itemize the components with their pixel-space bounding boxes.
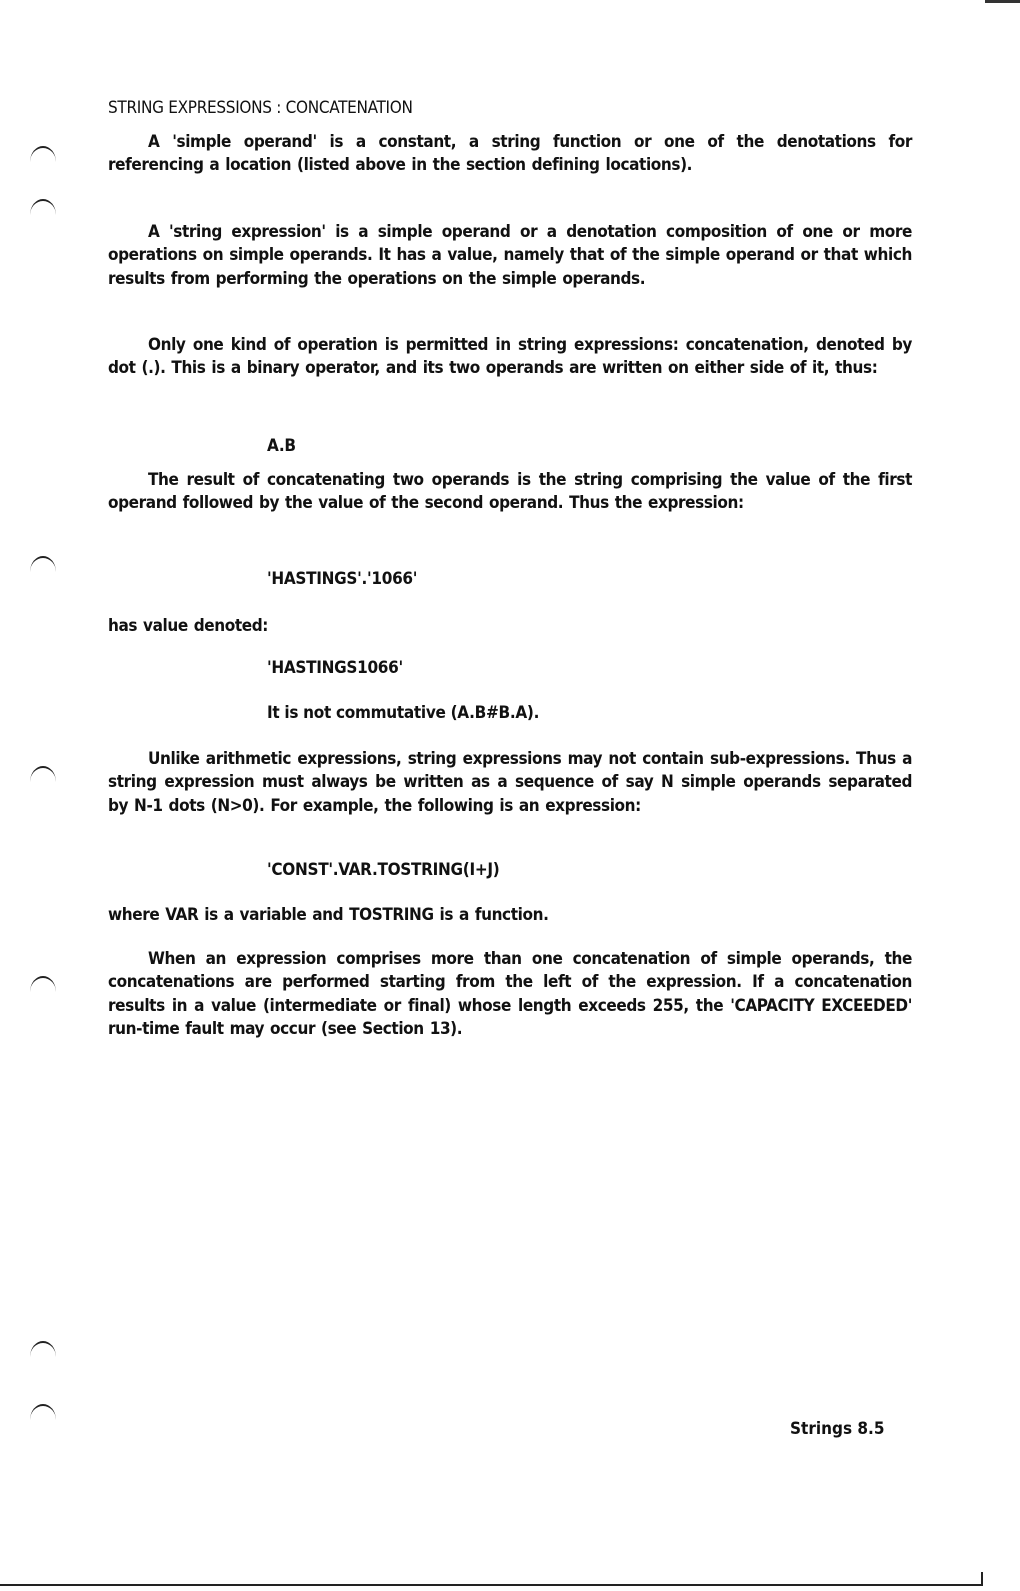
section-heading: STRING EXPRESSIONS : CONCATENATION — [108, 98, 413, 118]
note-not-commutative: It is not commutative (A.B#B.A). — [267, 703, 539, 723]
paragraph-concatenation-result: The result of concatenating two operands… — [108, 469, 912, 516]
example-hastings-result: 'HASTINGS1066' — [267, 658, 403, 678]
paragraph-concatenation-operator: Only one kind of operation is permitted … — [108, 334, 912, 381]
paragraph-has-value: has value denoted: — [108, 615, 912, 638]
paragraph-evaluation-order: When an expression comprises more than o… — [108, 948, 912, 1041]
binder-hole-mark — [30, 146, 56, 162]
binder-hole-mark — [30, 1404, 56, 1420]
binder-hole-mark — [30, 976, 56, 992]
paragraph-where-var: where VAR is a variable and TOSTRING is … — [108, 904, 912, 927]
binder-hole-mark — [30, 1341, 56, 1357]
binder-hole-mark — [30, 556, 56, 572]
paragraph-simple-operand: A 'simple operand' is a constant, a stri… — [108, 131, 912, 178]
binder-hole-mark — [30, 199, 56, 215]
example-hastings-expression: 'HASTINGS'.'1066' — [267, 569, 417, 589]
document-page: STRING EXPRESSIONS : CONCATENATION A 'si… — [0, 0, 1020, 1591]
paragraph-string-expression: A 'string expression' is a simple operan… — [108, 221, 912, 291]
page-edge-bottom — [0, 1584, 983, 1586]
page-edge-top — [985, 0, 1020, 3]
binder-hole-mark — [30, 766, 56, 782]
example-a-dot-b: A.B — [267, 436, 296, 456]
paragraph-no-subexpressions: Unlike arithmetic expressions, string ex… — [108, 748, 912, 818]
page-footer: Strings 8.5 — [790, 1419, 884, 1439]
example-const-var-tostring: 'CONST'.VAR.TOSTRING(I+J) — [267, 860, 499, 880]
page-edge-corner — [981, 1572, 983, 1586]
